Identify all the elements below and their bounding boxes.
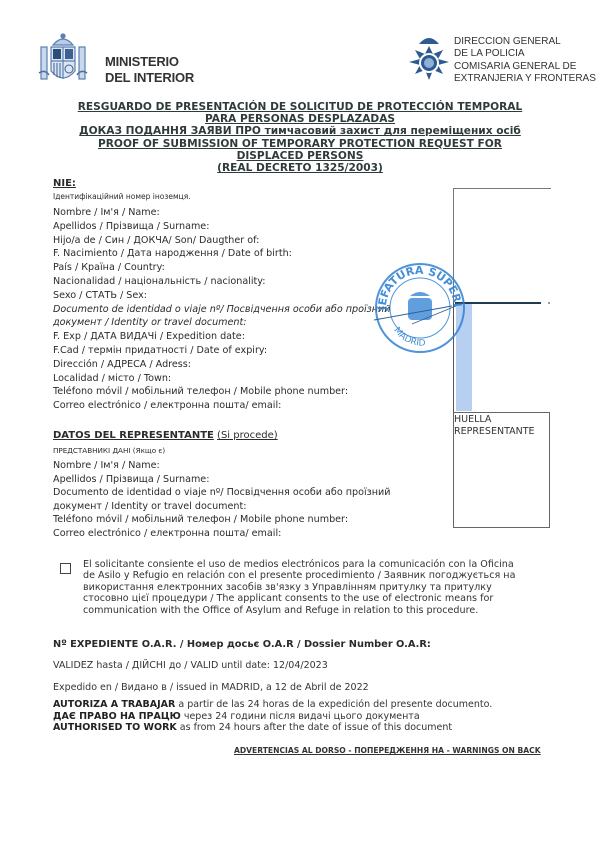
auth-en-bold: AUTHORISED TO WORK — [53, 722, 177, 733]
field-expedition-date: F. Exp / ДАТА ВИДАЧі / Expedition date: — [53, 330, 391, 344]
rep-field-mobile-phone: Teléfono móvil / мобільний телефон / Mob… — [53, 513, 391, 527]
rep-field-name: Nombre / Ім'я / Name: — [53, 459, 391, 473]
issued-place-date: Expedido en / Видано в / issued in MADRI… — [53, 682, 369, 693]
title-line-6: (REAL DECRETO 1325/2003) — [217, 162, 383, 174]
auth-en-rest: as from 24 hours after the date of issue… — [177, 722, 452, 733]
representative-title: DATOS DEL REPRESENTANTE — [53, 430, 214, 441]
validity-date: VALIDEZ hasta / ДІЙСНІ до / VALID until … — [53, 660, 328, 671]
nie-label: NIE: — [53, 178, 76, 189]
auth-es: AUTORIZA A TRABAJAR a partir de las 24 h… — [53, 699, 492, 711]
police-line-2: DE LA POLICIA — [454, 48, 596, 60]
title-line-4: PROOF OF SUBMISSION OF TEMPORARY PROTECT… — [98, 138, 502, 150]
rep-field-email: Correo electrónico / електронна пошта/ e… — [53, 527, 391, 541]
field-child-of: Hijo/a de / Син / ДОКЧА/ Son/ Daugther o… — [53, 234, 391, 248]
field-name: Nombre / Ім'я / Name: — [53, 206, 391, 220]
police-line-3: COMISARIA GENERAL DE — [454, 61, 596, 73]
field-expiry-date: F.Cad / термін придатності / Date of exp… — [53, 344, 391, 358]
field-date-of-birth: F. Nacimiento / Дата народження / Date o… — [53, 247, 391, 261]
field-identity-document: Documento de identidad o viaje nº/ Посві… — [53, 303, 391, 317]
police-stamp-icon: JEFATURA SUPERIOR MADRID — [372, 260, 468, 356]
representative-subtitle: ПРЕДСТАВНИКІ ДАНІ (Якщо є) — [53, 446, 165, 455]
warnings-on-back: ADVERTENCIAS AL DORSO - ПОПЕРЕДЖЕННЯ НА … — [234, 746, 541, 755]
field-town: Localidad / місто / Town: — [53, 372, 391, 386]
national-police-badge-icon — [405, 34, 453, 84]
field-address: Dirección / АДРЕСА / Adress: — [53, 358, 391, 372]
field-identity-document-cont: документ / Identity or travel document: — [53, 316, 391, 330]
title-line-5: DISPLACED PERSONS — [237, 150, 364, 162]
title-line-3: ДОКАЗ ПОДАННЯ ЗАЯВИ ПРО тимчасовий захис… — [79, 125, 521, 137]
police-line-4: EXTRANJERIA Y FRONTERAS — [454, 73, 596, 85]
auth-uk-bold: ДАЄ ПРАВО НА ПРАЦЮ — [53, 711, 181, 722]
applicant-fields: Nombre / Ім'я / Name: Apellidos / Прізви… — [53, 206, 391, 413]
representative-fingerprint-label: HUELLA REPRESENTANTE — [454, 414, 535, 437]
work-authorisation: AUTORIZA A TRABAJAR a partir de las 24 h… — [53, 699, 492, 734]
field-nationality: Nacionalidad / національність / nacional… — [53, 275, 391, 289]
police-directorate: DIRECCION GENERAL DE LA POLICIA COMISARI… — [454, 36, 596, 84]
title-line-2: PARA PERSONAS DESPLAZADAS — [205, 113, 395, 125]
auth-en: AUTHORISED TO WORK as from 24 hours afte… — [53, 722, 492, 734]
auth-es-rest: a partir de las 24 horas de la expedició… — [175, 699, 492, 710]
dossier-number-label: Nº EXPEDIENTE O.A.R. / Номер досьє O.A.R… — [53, 639, 431, 650]
rep-field-identity-document: Documento de identidad o viaje nº/ Посві… — [53, 486, 391, 500]
auth-uk-rest: через 24 години після видачі цього докум… — [181, 711, 420, 722]
ministry-line-1: MINISTERIO — [105, 54, 194, 70]
ministry-line-2: DEL INTERIOR — [105, 70, 194, 86]
field-surname: Apellidos / Прізвища / Surname: — [53, 220, 391, 234]
huella-line-1: HUELLA — [454, 414, 535, 426]
spain-coat-of-arms-icon — [37, 31, 89, 87]
field-sex: Sexo / СТАТЬ / Sex: — [53, 289, 391, 303]
consent-text: El solicitante consiente el uso de medio… — [83, 559, 523, 616]
ministry-name: MINISTERIO DEL INTERIOR — [105, 54, 194, 86]
police-line-1: DIRECCION GENERAL — [454, 36, 596, 48]
representative-note: (Si procede) — [217, 430, 278, 441]
document-title: RESGUARDO DE PRESENTACIÓN DE SOLICITUD D… — [20, 101, 580, 174]
field-email: Correo electrónico / електронна пошта/ e… — [53, 399, 391, 413]
divider-tick — [548, 302, 550, 304]
field-mobile-phone: Teléfono móvil / мобільний телефон / Mob… — [53, 385, 391, 399]
auth-es-bold: AUTORIZA A TRABAJAR — [53, 699, 175, 710]
nie-subtitle: Ідентифікаційний номер іноземця. — [53, 192, 191, 201]
field-country: País / Країна / Country: — [53, 261, 391, 275]
auth-uk: ДАЄ ПРАВО НА ПРАЦЮ через 24 години після… — [53, 711, 492, 723]
rep-field-surname: Apellidos / Прізвища / Surname: — [53, 473, 391, 487]
title-line-1: RESGUARDO DE PRESENTACIÓN DE SOLICITUD D… — [78, 101, 522, 113]
consent-checkbox[interactable] — [60, 563, 71, 574]
representative-heading: DATOS DEL REPRESENTANTE (Si procede) — [53, 430, 278, 441]
rep-field-identity-document-cont: документ / Identity or travel document: — [53, 500, 391, 514]
representative-fields: Nombre / Ім'я / Name: Apellidos / Прізви… — [53, 459, 391, 541]
huella-line-2: REPRESENTANTE — [454, 426, 535, 438]
